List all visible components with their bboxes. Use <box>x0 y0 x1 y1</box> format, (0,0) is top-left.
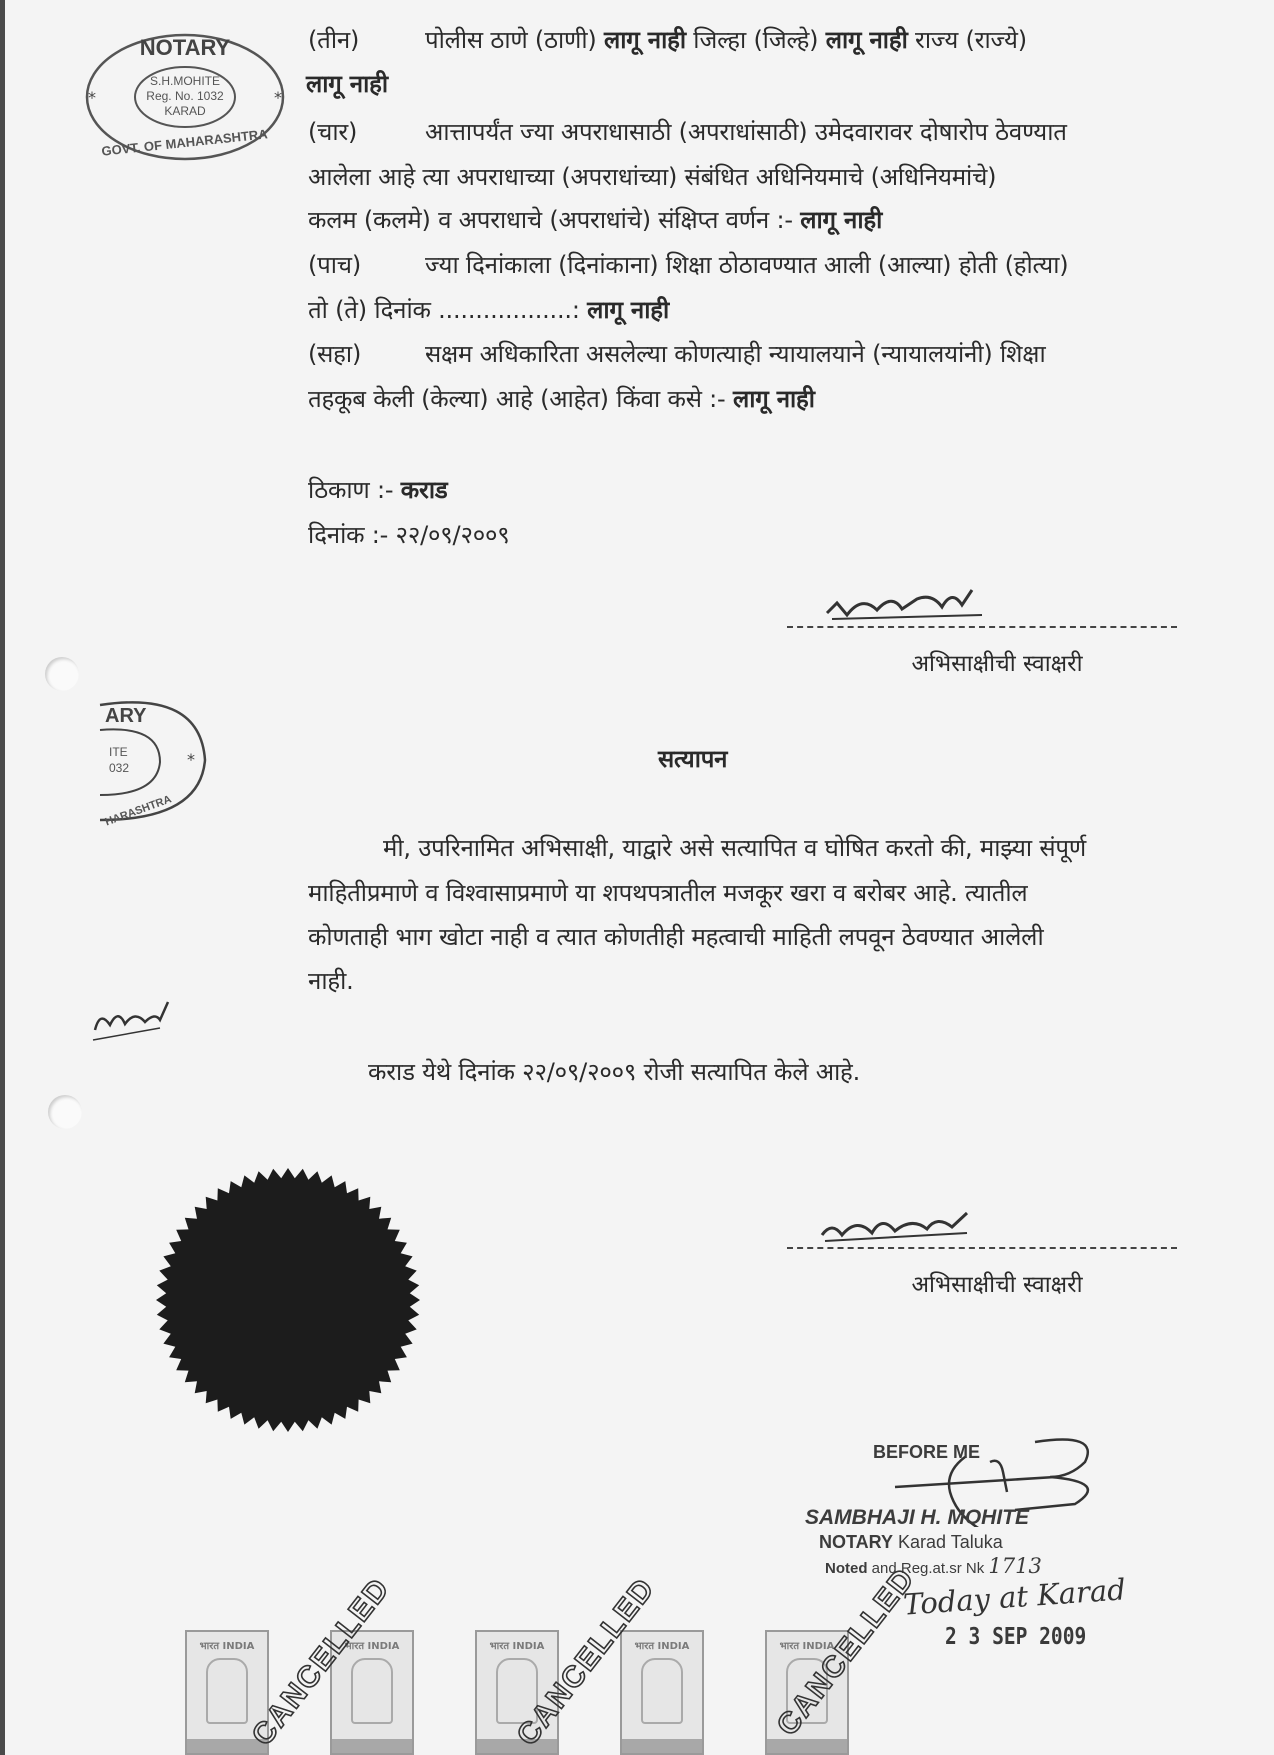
seal-title: NOTARY <box>140 35 231 60</box>
stamp-header: भारत INDIA <box>622 1638 702 1652</box>
item-4-line-2: आलेला आहे त्या अपराधाच्या (अपराधांच्या) … <box>308 160 996 193</box>
seal-place: KARAD <box>164 104 206 118</box>
notary-title: NOTARY Karad Taluka <box>819 1532 1003 1553</box>
item-3-text-part: पोलीस ठाणे (ठाणी) <box>425 26 604 54</box>
item-5-line-2: तो (ते) दिनांक ..................: लागू … <box>308 293 669 326</box>
item-3-text-part: लागू नाही <box>604 26 686 54</box>
stamp-header: भारत INDIA <box>187 1638 267 1652</box>
signature-label: अभिसाक्षीची स्वाक्षरी <box>817 646 1177 678</box>
item-3-text-part: राज्य (राज्ये) <box>908 26 1027 54</box>
verification-line-3: कोणताही भाग खोटा नाही व त्यात कोणतीही मह… <box>308 920 1043 953</box>
svg-text:*: * <box>274 88 282 107</box>
svg-text:*: * <box>187 750 195 769</box>
handwritten-today-at-karad: Today at Karad <box>902 1572 1127 1621</box>
item-6-line-2: तहकूब केली (केल्या) आहे (आहेत) किंवा कसे… <box>308 382 815 415</box>
deponent-signature-1: अभिसाक्षीची स्वाक्षरी <box>787 600 1177 678</box>
item-4-line-1: (चार)आत्तापर्यंत ज्या अपराधासाठी (अपराधा… <box>308 115 1067 148</box>
ashoka-emblem-icon <box>351 1658 393 1724</box>
revenue-stamp: भारत INDIA <box>620 1630 704 1755</box>
date-stamp: 2 3 SEP 2009 <box>945 1624 1086 1650</box>
svg-text:032: 032 <box>109 761 129 775</box>
punch-hole-bottom <box>48 1095 82 1129</box>
deponent-signature-2: अभिसाक्षीची स्वाक्षरी <box>787 1225 1177 1299</box>
revenue-stamps: भारत INDIAभारत INDIAभारत INDIAभारत INDIA… <box>185 1620 905 1755</box>
verification-line-1: मी, उपरिनामित अभिसाक्षी, याद्वारे असे सत… <box>383 831 1086 864</box>
verification-line-2: माहितीप्रमाणे व विश्वासाप्रमाणे या शपथपत… <box>308 876 1028 909</box>
ashoka-emblem-icon <box>206 1658 248 1724</box>
ashoka-emblem-icon <box>641 1658 683 1724</box>
item-3-text-part: जिल्हा (जिल्हे) <box>686 26 826 54</box>
stamp-footer <box>622 1739 702 1753</box>
notary-seal-stamp-partial: ARY ITE 032 HARASHTRA * <box>95 690 215 830</box>
punch-hole-top <box>45 657 79 691</box>
seal-reg: Reg. No. 1032 <box>146 89 224 103</box>
item-6-line-1: (सहा)सक्षम अधिकारिता असलेल्या कोणत्याही … <box>308 337 1046 370</box>
seal-name: S.H.MOHITE <box>150 74 220 88</box>
verification-title: सत्यापन <box>658 742 727 775</box>
item-4-line-3: कलम (कलमे) व अपराधाचे (अपराधांचे) संक्षि… <box>308 203 882 236</box>
signature-label: अभिसाक्षीची स्वाक्षरी <box>817 1267 1177 1299</box>
stamp-footer <box>767 1739 847 1753</box>
embossed-seal <box>153 1165 423 1435</box>
stamp-header: भारत INDIA <box>477 1638 557 1652</box>
signature-scribble <box>822 585 1022 625</box>
item-5-line-1: (पाच)ज्या दिनांकाला (दिनांकाना) शिक्षा ठ… <box>308 248 1068 281</box>
svg-text:*: * <box>88 88 96 107</box>
item-3-line-1: (तीन)पोलीस ठाणे (ठाणी) लागू नाही जिल्हा … <box>308 23 1027 56</box>
notary-seal-stamp: NOTARY S.H.MOHITE Reg. No. 1032 KARAD GO… <box>80 25 290 170</box>
seal-govt: GOVT. OF MAHARASHTRA <box>101 126 269 158</box>
svg-text:ARY: ARY <box>105 705 147 727</box>
notary-name: SAMBHAJI H. MOHITE <box>805 1506 1029 1530</box>
date-line: दिनांक :- २२/०९/२००९ <box>308 518 510 551</box>
stamp-footer <box>187 1739 267 1753</box>
page-edge <box>0 0 5 1755</box>
verification-line-4: नाही. <box>308 964 354 997</box>
verification-place-date: कराड येथे दिनांक २२/०९/२००९ रोजी सत्यापि… <box>368 1055 860 1088</box>
initials-scribble <box>90 1000 180 1045</box>
stamp-footer <box>332 1739 412 1753</box>
svg-text:ITE: ITE <box>109 745 128 759</box>
item-3-continuation: लागू नाही <box>306 67 388 100</box>
item-3-text-part: लागू नाही <box>826 26 908 54</box>
notary-reg: Noted and Reg.at.sr Nk 1713 <box>825 1554 1042 1578</box>
signature-scribble <box>817 1207 1017 1247</box>
place-line: ठिकाण :- कराड <box>308 473 447 506</box>
